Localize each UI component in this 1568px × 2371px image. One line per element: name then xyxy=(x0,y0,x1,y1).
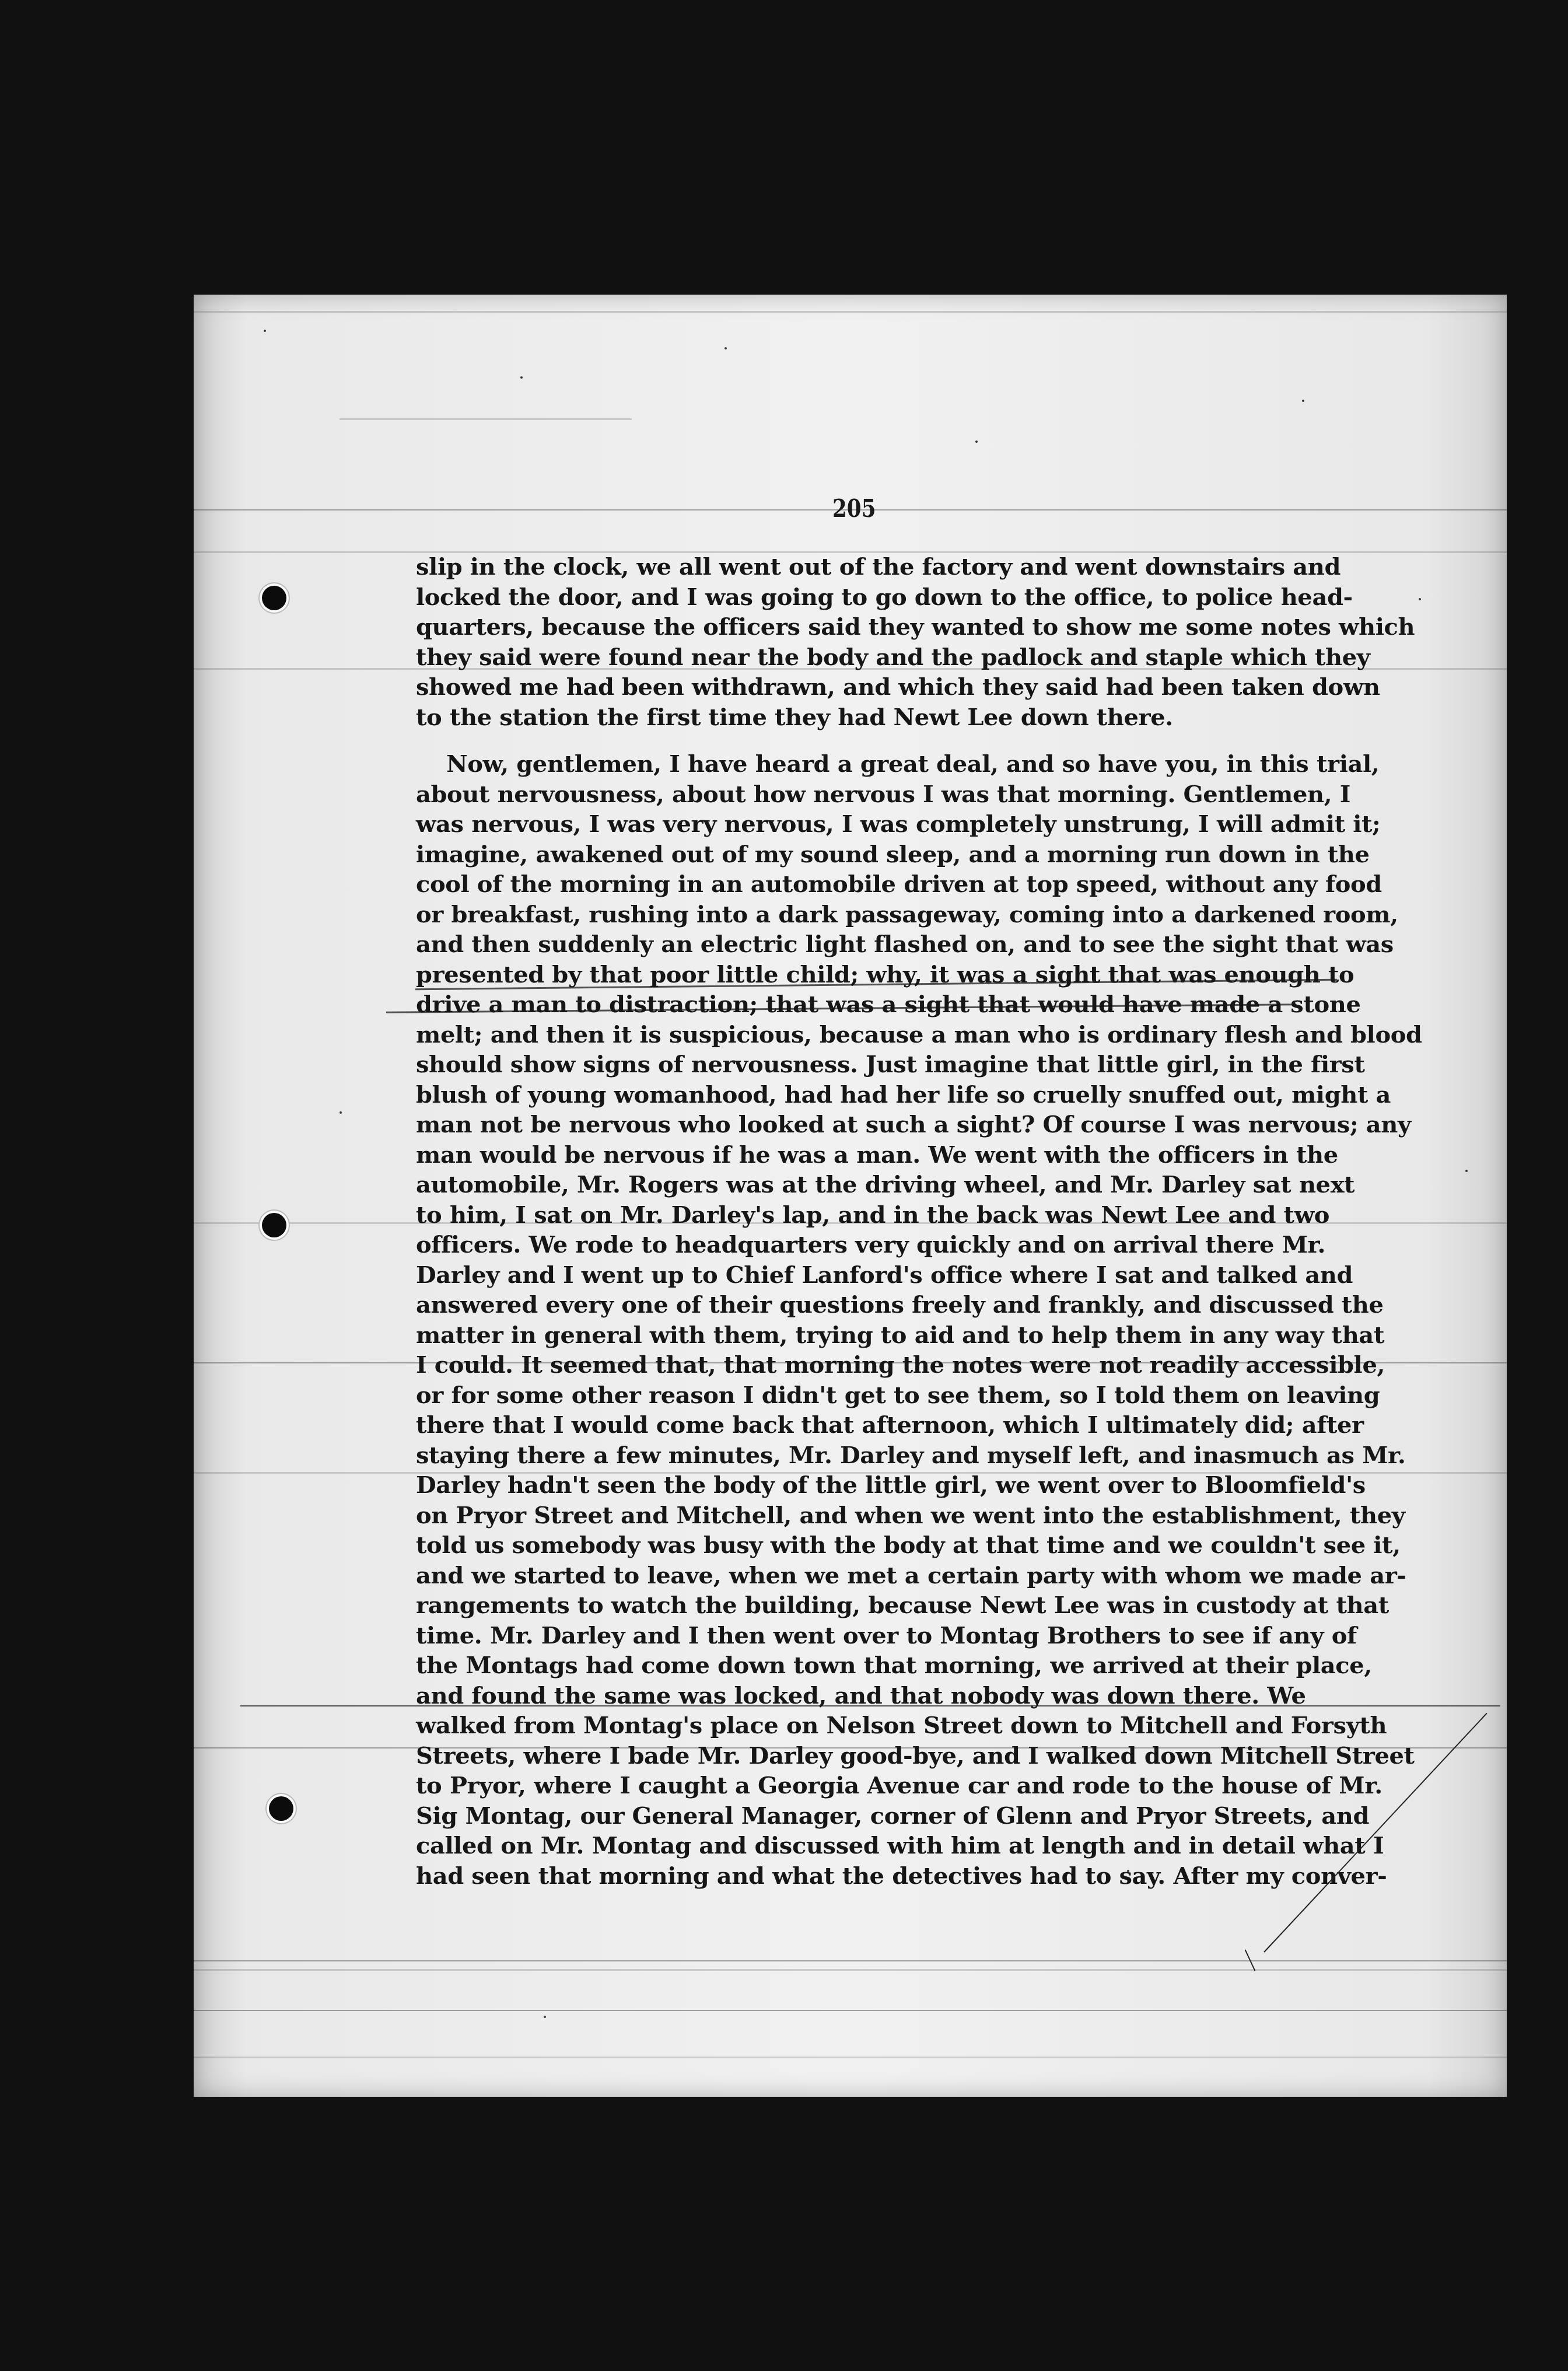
text-line: time. Mr. Darley and I then went over to… xyxy=(416,1621,1292,1651)
film-speck xyxy=(264,330,266,332)
text-line: staying there a few minutes, Mr. Darley … xyxy=(416,1440,1292,1471)
text-line: officers. We rode to headquarters very q… xyxy=(416,1230,1292,1260)
text-line: or breakfast, rushing into a dark passag… xyxy=(416,900,1292,930)
punch-hole xyxy=(269,1796,293,1821)
text-line: told us somebody was busy with the body … xyxy=(416,1530,1292,1561)
text-line: locked the door, and I was going to go d… xyxy=(416,582,1292,613)
text-line: the Montags had come down town that morn… xyxy=(416,1650,1292,1681)
text-line: on Pryor Street and Mitchell, and when w… xyxy=(416,1501,1292,1531)
text-line: was nervous, I was very nervous, I was c… xyxy=(416,809,1292,840)
text-line: presented by that poor little child; why… xyxy=(416,960,1292,990)
text-line: cool of the morning in an automobile dri… xyxy=(416,869,1292,900)
text-line: Darley and I went up to Chief Lanford's … xyxy=(416,1260,1292,1291)
text-line: showed me had been withdrawn, and which … xyxy=(416,672,1292,702)
film-speck xyxy=(544,2016,546,2018)
text-line: to him, I sat on Mr. Darley's lap, and i… xyxy=(416,1200,1292,1230)
text-line: quarters, because the officers said they… xyxy=(416,612,1292,642)
text-line: blush of young womanhood, had had her li… xyxy=(416,1080,1292,1110)
scan-line xyxy=(194,1960,1507,1961)
punch-hole xyxy=(262,1213,286,1237)
text-line: about nervousness, about how nervous I w… xyxy=(416,779,1292,810)
scan-line xyxy=(339,418,632,420)
text-line: automobile, Mr. Rogers was at the drivin… xyxy=(416,1170,1292,1200)
text-line: Darley hadn't seen the body of the littl… xyxy=(416,1470,1292,1501)
text-line: should show signs of nervousness. Just i… xyxy=(416,1050,1292,1080)
paragraph-2: Now, gentlemen, I have heard a great dea… xyxy=(416,749,1292,1891)
text-line: melt; and then it is suspicious, because… xyxy=(416,1020,1292,1050)
text-line: Streets, where I bade Mr. Darley good-by… xyxy=(416,1741,1292,1771)
text-line: and then suddenly an electric light flas… xyxy=(416,929,1292,960)
text-line: to Pryor, where I caught a Georgia Avenu… xyxy=(416,1771,1292,1801)
text-line: and found the same was locked, and that … xyxy=(416,1681,1292,1711)
text-line: Now, gentlemen, I have heard a great dea… xyxy=(416,749,1292,779)
film-speck xyxy=(724,347,727,349)
text-line: man would be nervous if he was a man. We… xyxy=(416,1140,1292,1170)
text-line: imagine, awakened out of my sound sleep,… xyxy=(416,840,1292,870)
film-speck xyxy=(339,1111,342,1114)
text-line: rangements to watch the building, becaus… xyxy=(416,1590,1292,1621)
text-line: there that I would come back that aftern… xyxy=(416,1410,1292,1440)
film-speck xyxy=(975,440,978,443)
film-speck xyxy=(1419,598,1421,600)
paragraph-1: slip in the clock, we all went out of th… xyxy=(416,552,1292,732)
text-line: answered every one of their questions fr… xyxy=(416,1290,1292,1320)
text-line: drive a man to distraction; that was a s… xyxy=(416,989,1292,1020)
text-line: called on Mr. Montag and discussed with … xyxy=(416,1831,1292,1861)
document-page: 205 slip in the clock, we all went out o… xyxy=(194,295,1507,2097)
text-line: walked from Montag's place on Nelson Str… xyxy=(416,1711,1292,1741)
text-line: and we started to leave, when we met a c… xyxy=(416,1561,1292,1591)
film-speck xyxy=(1302,400,1304,402)
text-line: Sig Montag, our General Manager, corner … xyxy=(416,1801,1292,1831)
punch-hole xyxy=(262,586,286,610)
text-line: or for some other reason I didn't get to… xyxy=(416,1380,1292,1411)
text-line: had seen that morning and what the detec… xyxy=(416,1861,1292,1891)
text-line: I could. It seemed that, that morning th… xyxy=(416,1350,1292,1380)
film-speck xyxy=(520,376,523,379)
text-line: man not be nervous who looked at such a … xyxy=(416,1110,1292,1140)
text-line: to the station the first time they had N… xyxy=(416,702,1292,733)
text-line: matter in general with them, trying to a… xyxy=(416,1320,1292,1351)
scan-line xyxy=(194,1969,1507,1971)
text-line: slip in the clock, we all went out of th… xyxy=(416,552,1292,582)
scan-line xyxy=(194,2010,1507,2011)
page-number: 205 xyxy=(832,494,876,523)
scan-line xyxy=(194,2057,1507,2058)
scan-line xyxy=(194,311,1507,313)
film-speck xyxy=(1465,1170,1468,1172)
text-line: they said were found near the body and t… xyxy=(416,642,1292,673)
